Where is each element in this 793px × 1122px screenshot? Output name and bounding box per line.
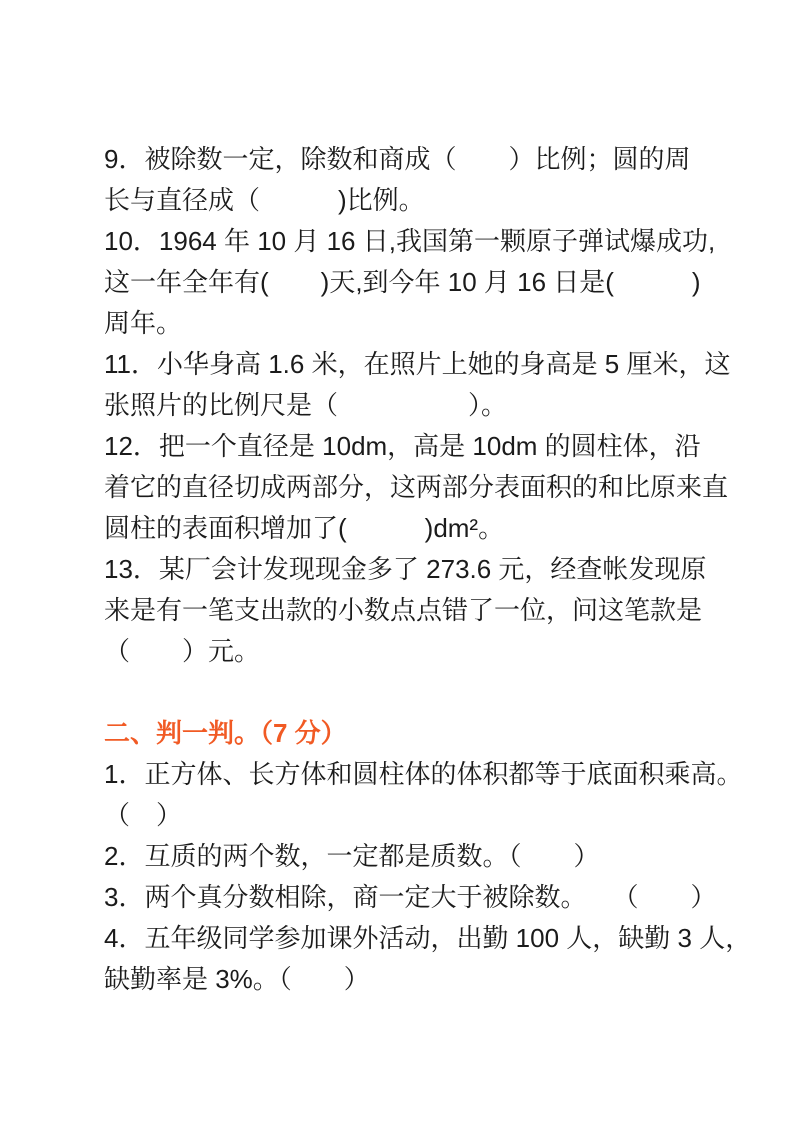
fill-in-blank-section: 9．被除数一定，除数和商成（ ）比例；圆的周 长与直径成（ )比例。 10．19… <box>104 139 793 672</box>
judge-question-2: 2．互质的两个数，一定都是质数。（ ） <box>104 836 793 877</box>
judge-question-4: 4．五年级同学参加课外活动，出勤 100 人，缺勤 3 人， 缺勤率是 3%。（… <box>104 918 793 1000</box>
question-13: 13．某厂会计发现现金多了 273.6 元，经查帐发现原 来是有一笔支出款的小数… <box>104 549 793 672</box>
judge-question-3: 3．两个真分数相除，商一定大于被除数。 （ ） <box>104 877 793 918</box>
question-9: 9．被除数一定，除数和商成（ ）比例；圆的周 长与直径成（ )比例。 <box>104 139 793 221</box>
question-12: 12．把一个直径是 10dm，高是 10dm 的圆柱体，沿 着它的直径切成两部分… <box>104 426 793 549</box>
section-two-heading: 二、判一判。（7 分） <box>104 713 793 754</box>
true-false-section: 二、判一判。（7 分） 1．正方体、长方体和圆柱体的体积都等于底面积乘高。 （ … <box>104 713 793 1000</box>
worksheet-page: 9．被除数一定，除数和商成（ ）比例；圆的周 长与直径成（ )比例。 10．19… <box>0 0 793 1000</box>
judge-question-1: 1．正方体、长方体和圆柱体的体积都等于底面积乘高。 （ ） <box>104 754 793 836</box>
question-10: 10．1964 年 10 月 16 日,我国第一颗原子弹试爆成功, 这一年全年有… <box>104 221 793 344</box>
question-11: 11．小华身高 1.6 米，在照片上她的身高是 5 厘米，这 张照片的比例尺是（… <box>104 344 793 426</box>
